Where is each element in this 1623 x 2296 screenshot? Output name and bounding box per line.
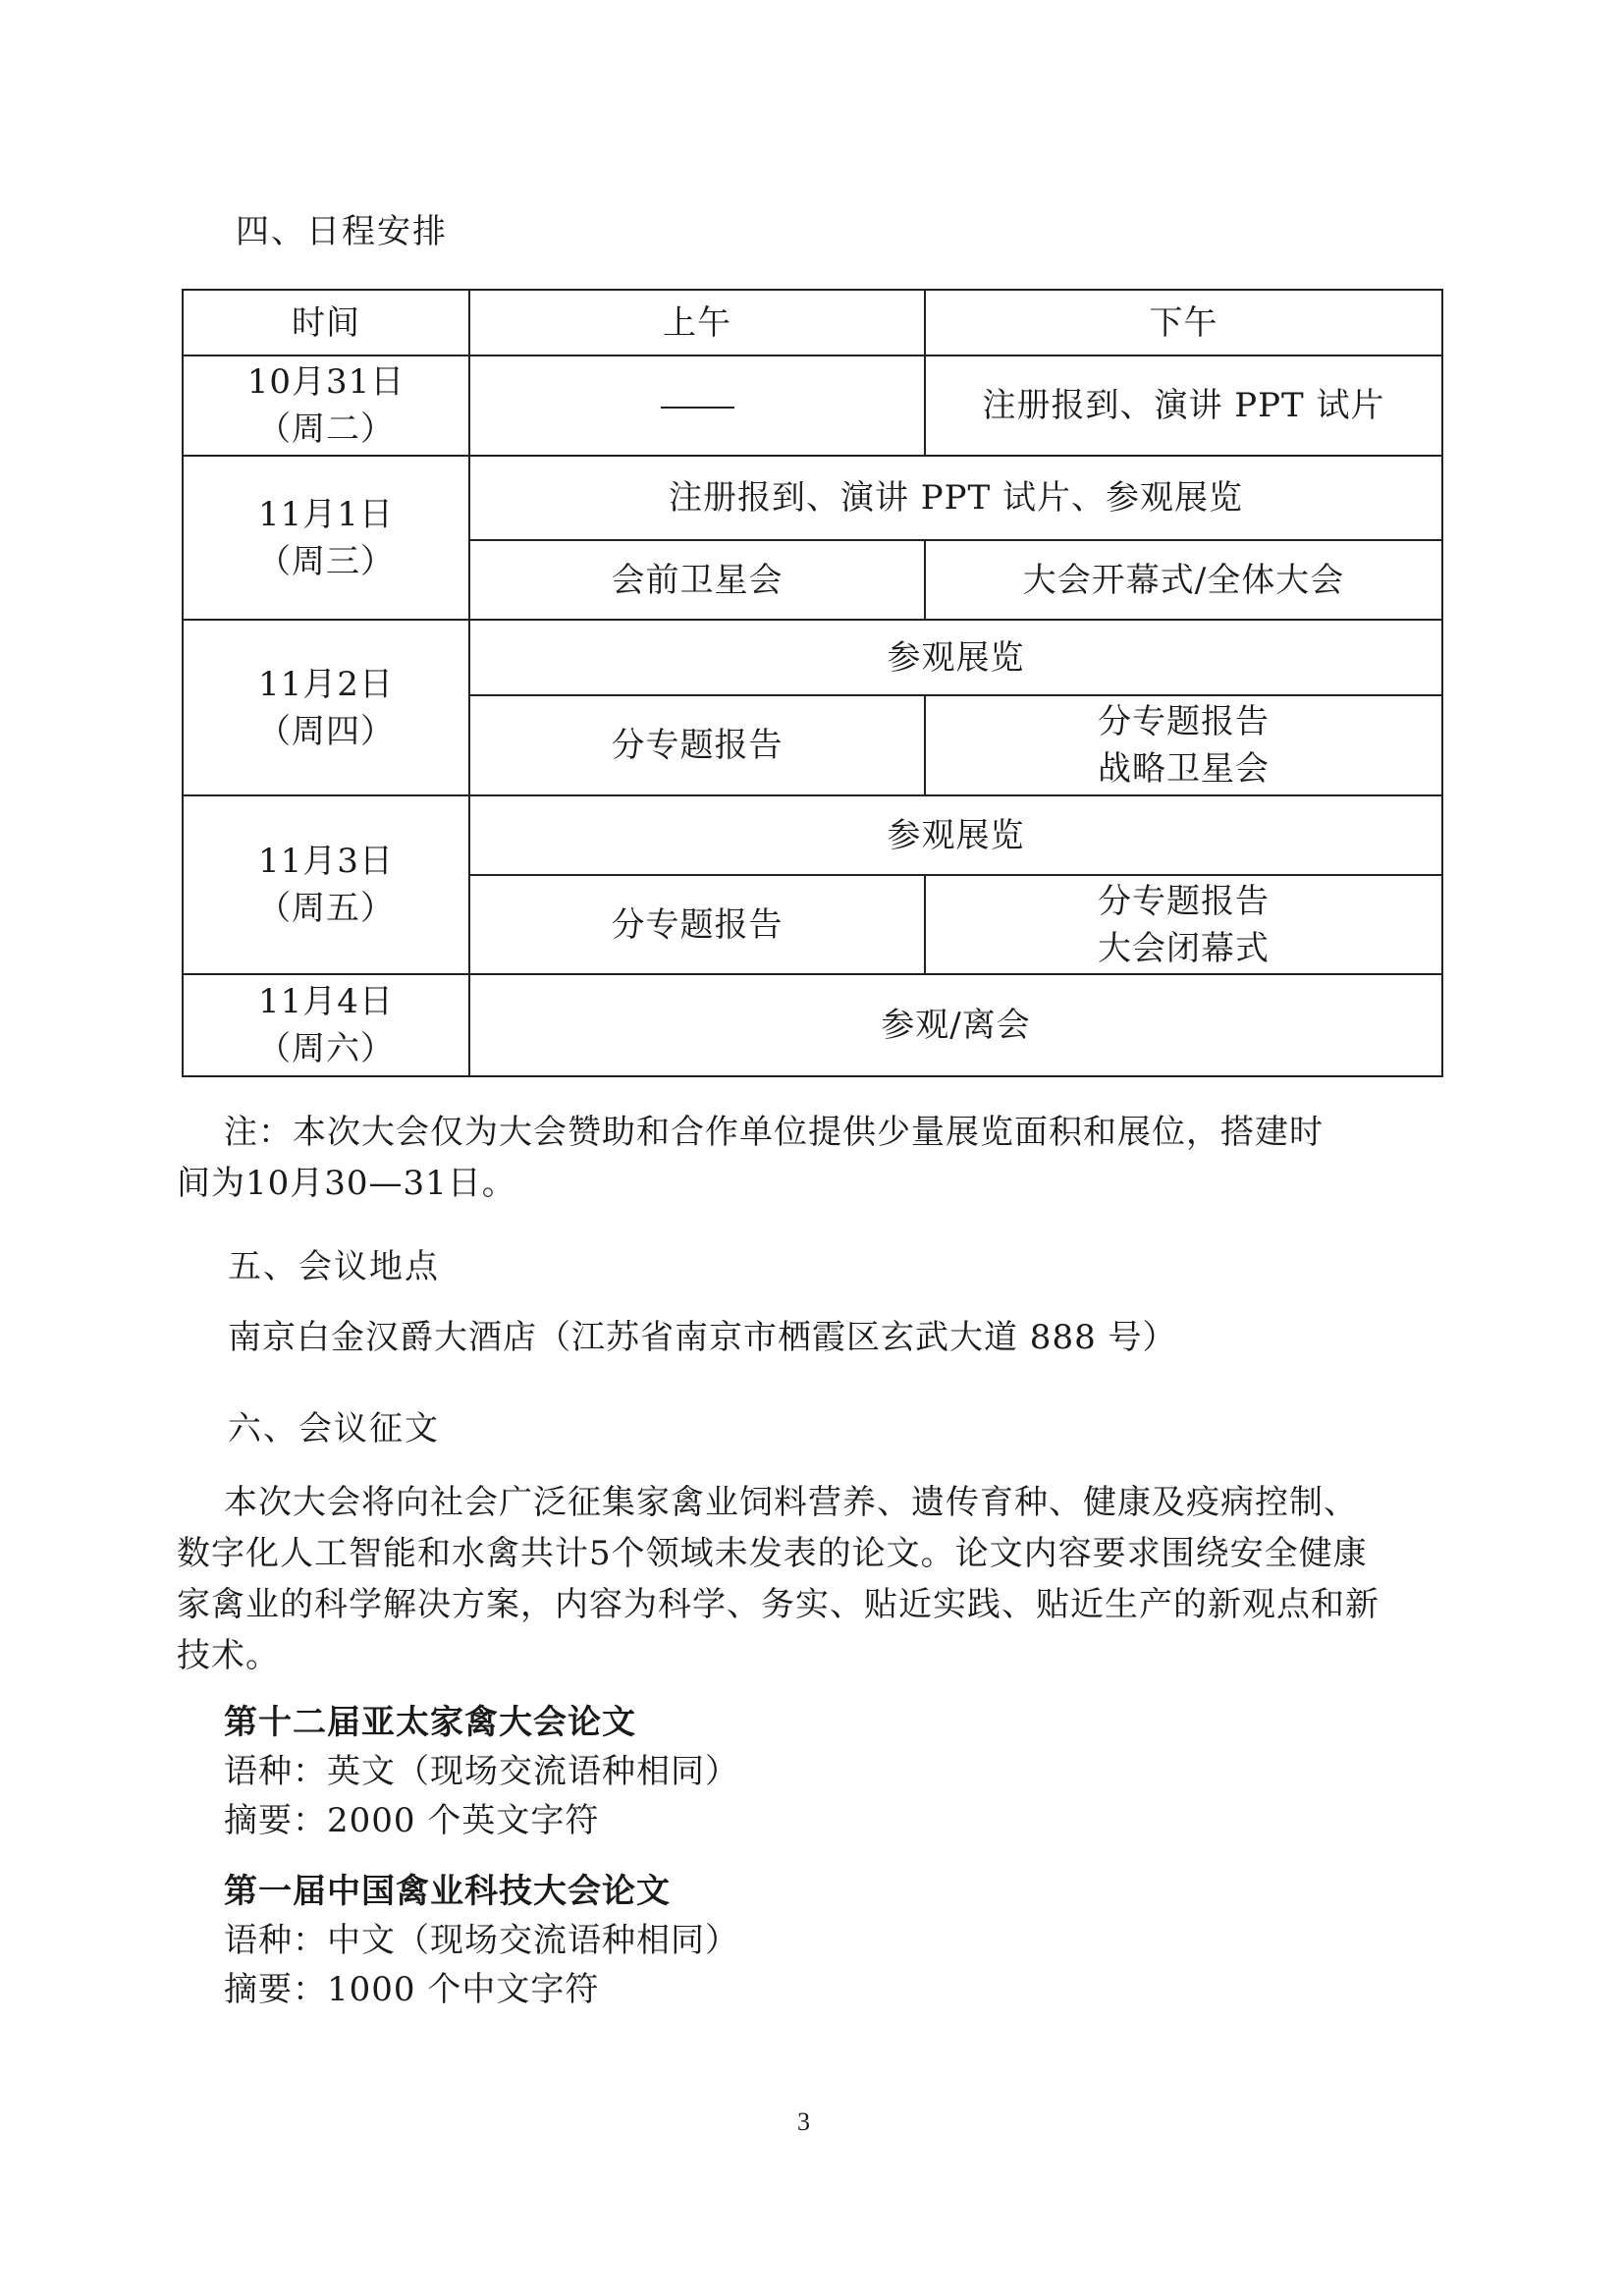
date-label: 11月1日 [184, 491, 468, 538]
schedule-table: 时间 上午 下午 10月31日 （周二） 注册报到、演讲 PPT 试片 11月1… [182, 289, 1443, 1077]
am-cell: 分专题报告 [469, 695, 925, 795]
weekday-label: （周六） [184, 1025, 468, 1072]
pm-cell: 分专题报告 战略卫星会 [925, 695, 1442, 795]
apc-paper-language: 语种：英文（现场交流语种相同） [224, 1746, 739, 1797]
schedule-note-line2: 间为10月30—31日。 [177, 1158, 516, 1209]
apc-paper-title: 第十二届亚太家禽大会论文 [224, 1697, 636, 1748]
papers-heading: 六、会议征文 [228, 1401, 440, 1449]
schedule-heading: 四、日程安排 [236, 204, 448, 252]
pm-cell: 注册报到、演讲 PPT 试片 [925, 355, 1442, 456]
venue-text: 南京白金汉爵大酒店（江苏省南京市栖霞区玄武大道 888 号） [228, 1312, 1177, 1363]
full-day-cell: 注册报到、演讲 PPT 试片、参观展览 [469, 456, 1442, 540]
table-header-row: 时间 上午 下午 [183, 290, 1442, 355]
pm-cell: 分专题报告 大会闭幕式 [925, 875, 1442, 974]
header-pm: 下午 [925, 290, 1442, 355]
date-label: 10月31日 [184, 358, 468, 406]
header-time: 时间 [183, 290, 469, 355]
date-label: 11月2日 [184, 661, 468, 708]
full-day-cell: 参观展览 [469, 620, 1442, 695]
table-row: 11月2日 （周四） 参观展览 [183, 620, 1442, 695]
date-cell: 11月3日 （周五） [183, 795, 469, 974]
pm-cell: 大会开幕式/全体大会 [925, 540, 1442, 620]
dash-placeholder [661, 407, 734, 409]
papers-intro-line: 技术。 [177, 1630, 280, 1681]
pm-line: 大会闭幕式 [926, 925, 1441, 972]
table-row: 11月3日 （周五） 参观展览 [183, 795, 1442, 875]
table-row: 11月1日 （周三） 注册报到、演讲 PPT 试片、参观展览 [183, 456, 1442, 540]
pm-line: 分专题报告 [926, 878, 1441, 925]
page-number: 3 [797, 2107, 810, 2137]
pm-line: 战略卫星会 [926, 745, 1441, 793]
schedule-note-line1: 注：本次大会仅为大会赞助和合作单位提供少量展览面积和展位，搭建时 [224, 1107, 1324, 1158]
papers-intro-line: 本次大会将向社会广泛征集家禽业饲料营养、遗传育种、健康及疫病控制、 [224, 1477, 1358, 1528]
date-label: 11月3日 [184, 838, 468, 885]
papers-intro-line: 数字化人工智能和水禽共计5个领域未发表的论文。论文内容要求围绕安全健康 [177, 1528, 1368, 1579]
header-am: 上午 [469, 290, 925, 355]
table-row: 10月31日 （周二） 注册报到、演讲 PPT 试片 [183, 355, 1442, 456]
am-cell [469, 355, 925, 456]
full-day-cell: 参观/离会 [469, 974, 1442, 1076]
date-cell: 11月2日 （周四） [183, 620, 469, 795]
china-paper-title: 第一届中国禽业科技大会论文 [224, 1866, 671, 1917]
weekday-label: （周五） [184, 885, 468, 932]
weekday-label: （周二） [184, 406, 468, 453]
full-day-cell: 参观展览 [469, 795, 1442, 875]
weekday-label: （周四） [184, 708, 468, 755]
am-cell: 会前卫星会 [469, 540, 925, 620]
date-label: 11月4日 [184, 978, 468, 1025]
weekday-label: （周三） [184, 538, 468, 585]
date-cell: 11月4日 （周六） [183, 974, 469, 1076]
am-cell: 分专题报告 [469, 875, 925, 974]
china-paper-abstract: 摘要：1000 个中文字符 [224, 1964, 599, 2015]
pm-line: 分专题报告 [926, 698, 1441, 745]
china-paper-language: 语种：中文（现场交流语种相同） [224, 1915, 739, 1966]
apc-paper-abstract: 摘要：2000 个英文字符 [224, 1795, 599, 1846]
date-cell: 11月1日 （周三） [183, 456, 469, 620]
date-cell: 10月31日 （周二） [183, 355, 469, 456]
papers-intro-line: 家禽业的科学解决方案，内容为科学、务实、贴近实践、贴近生产的新观点和新 [177, 1579, 1380, 1630]
venue-heading: 五、会议地点 [228, 1239, 440, 1287]
table-row: 11月4日 （周六） 参观/离会 [183, 974, 1442, 1076]
